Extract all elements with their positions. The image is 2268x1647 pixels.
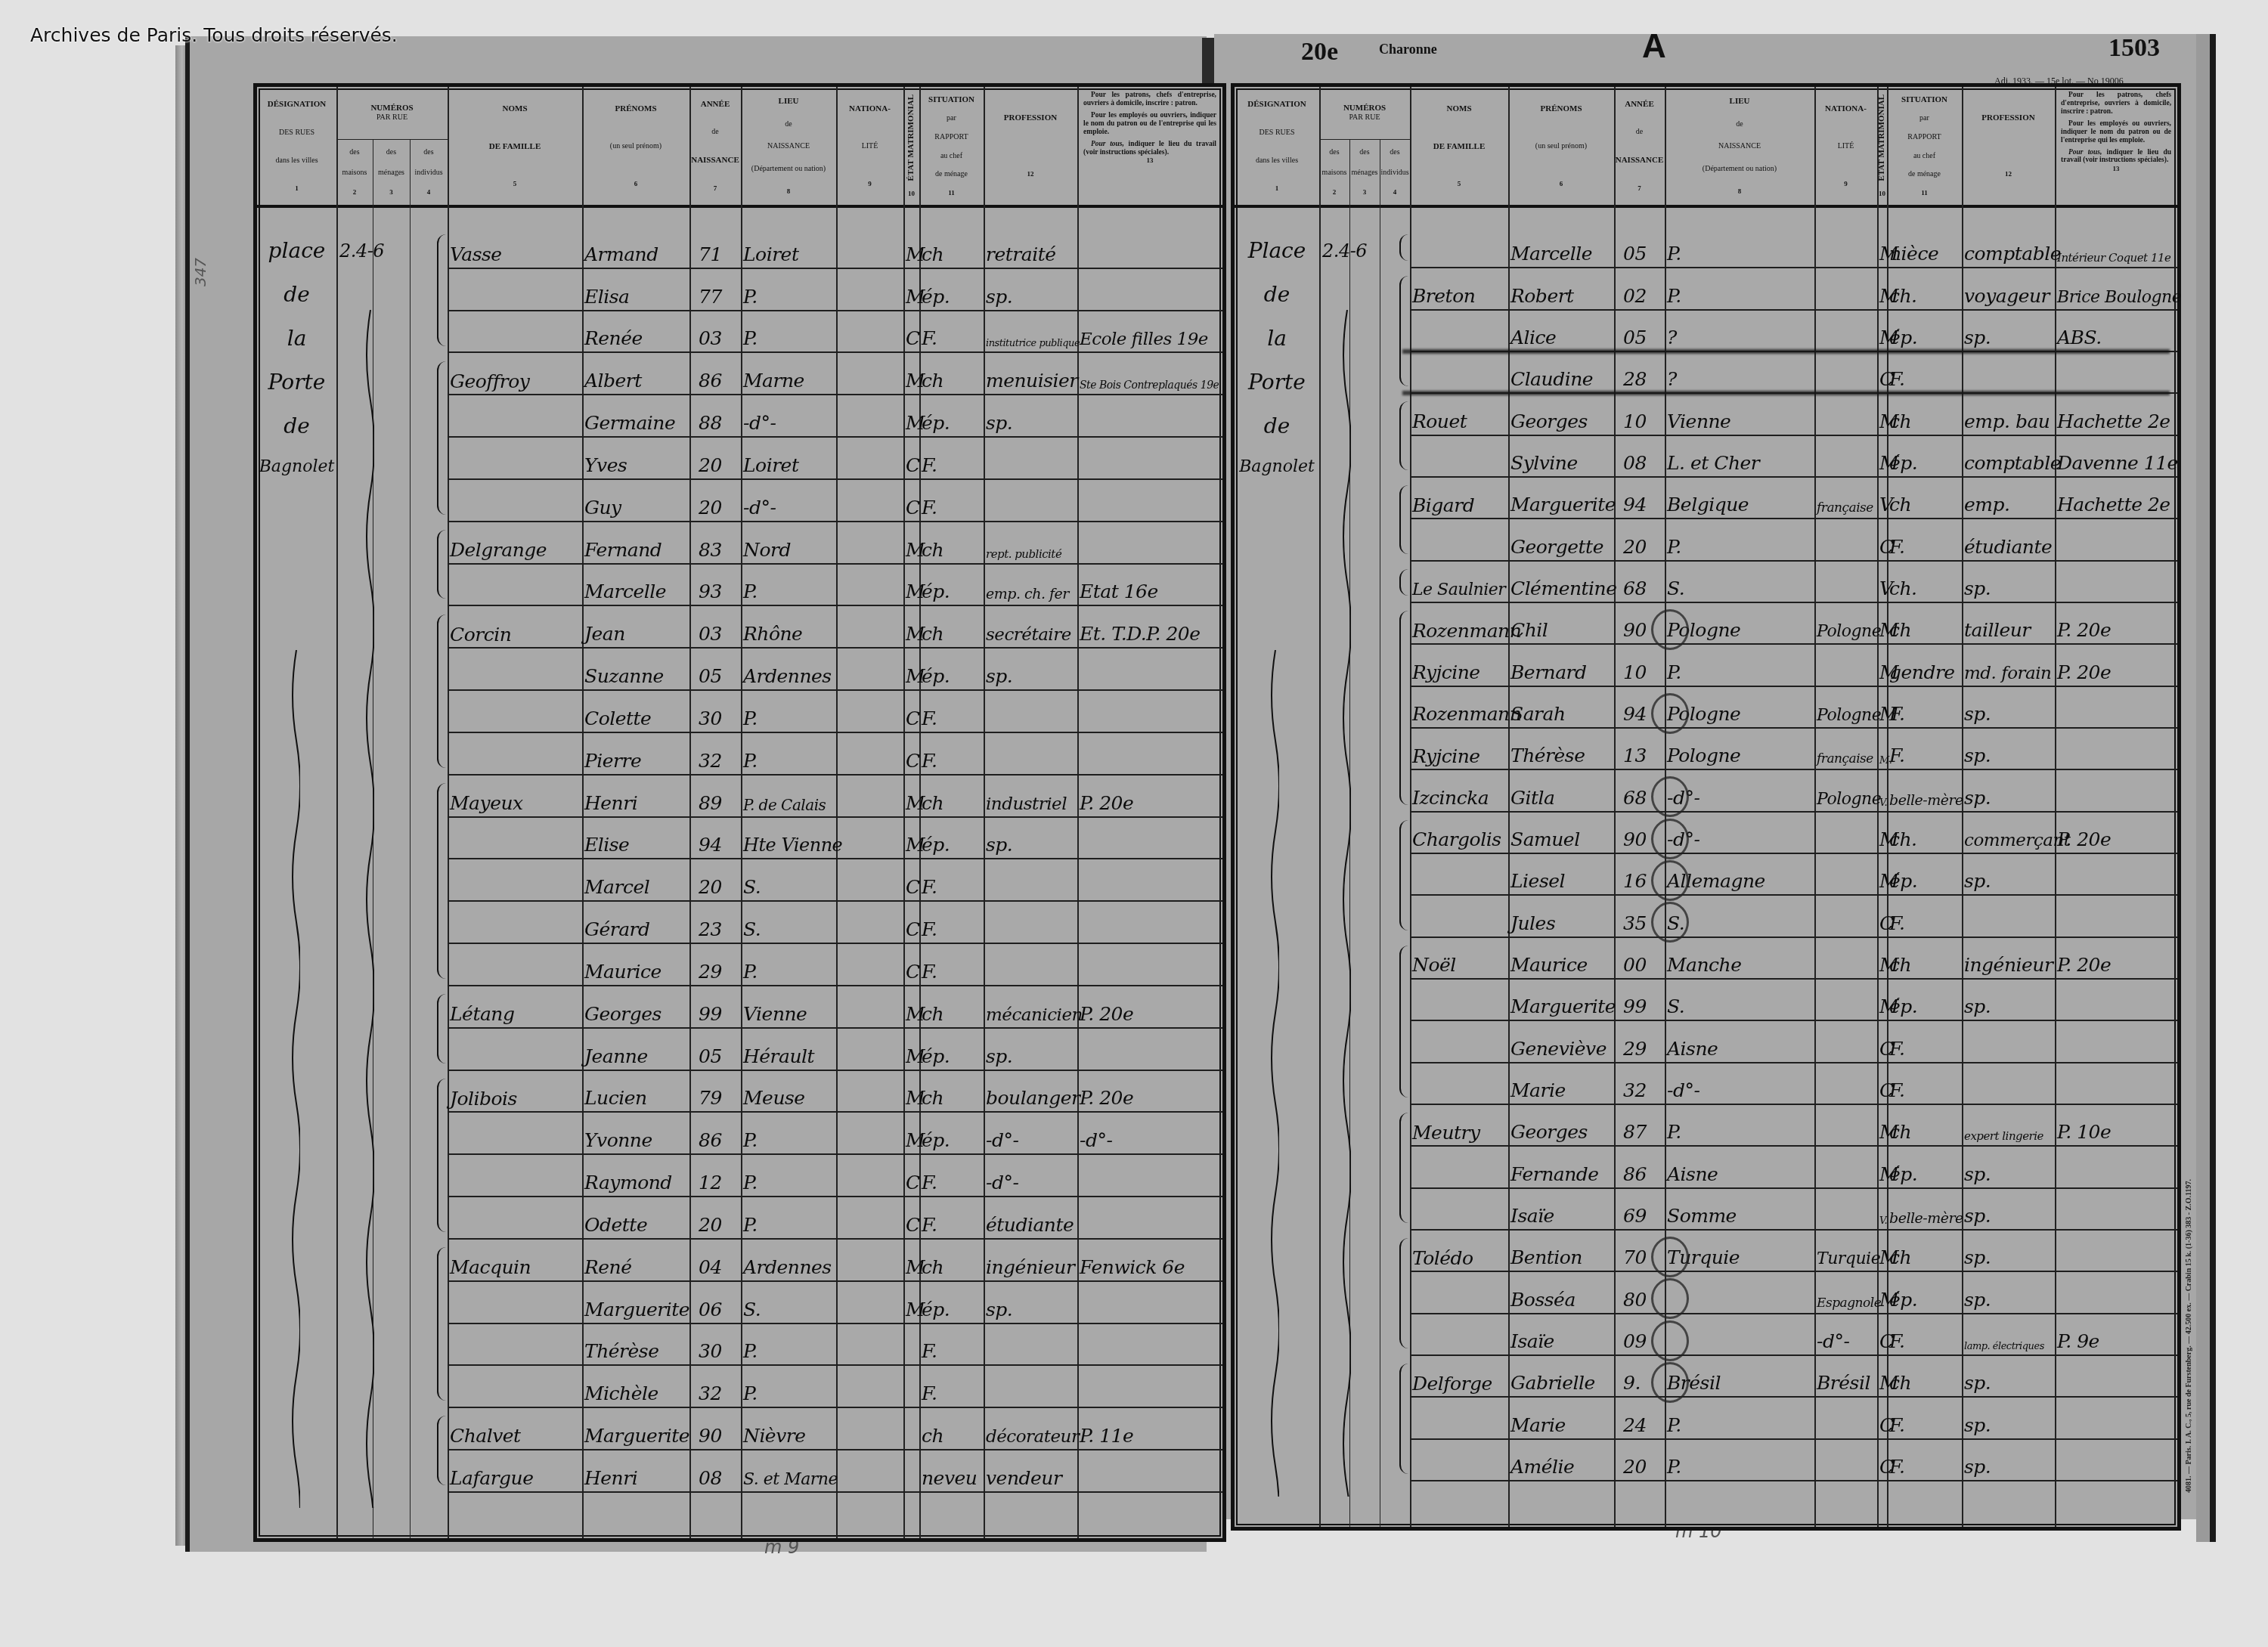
cell-annee: 02 <box>1623 285 1647 307</box>
column-number: 1 <box>1275 184 1279 192</box>
column-number: 10 <box>1879 190 1885 197</box>
cell-annee: 10 <box>1623 661 1647 683</box>
column-number: 7 <box>714 184 717 192</box>
cell-situation: ch <box>922 1425 943 1447</box>
cell-nom: Macquin <box>450 1256 531 1278</box>
ditto-wavy-line <box>285 650 300 1508</box>
column-number: 1 <box>295 184 299 192</box>
cell-nom: Jolibois <box>450 1088 517 1110</box>
table-row: DelforgeGabrielle9.BrésilBrésilMchsp. <box>1410 1356 2177 1398</box>
header-title: LIEU <box>779 97 799 107</box>
cell-annee: 94 <box>1623 703 1647 725</box>
cell-lieu-travail: P. 9e <box>2057 1330 2099 1352</box>
cell-situation: ch <box>1889 494 1911 515</box>
table-row: DelgrangeFernand83NordMchrept. publicité <box>448 522 1222 565</box>
cell-lieu: Pologne <box>1667 745 1740 766</box>
cell-annee: 20 <box>699 1214 722 1236</box>
household-brace <box>1399 820 1408 930</box>
table-row: Georgette20P.CF.étudiante <box>1410 519 2177 561</box>
cell-etat: C <box>906 327 920 349</box>
cell-profession: emp. bau <box>1964 410 2050 432</box>
column-header-8: LIEUdeNAISSANCE(Département ou nation)8 <box>741 87 836 205</box>
cell-prenom: Armand <box>584 243 658 265</box>
cell-prenom: Georges <box>1510 1121 1588 1143</box>
cell-situation: F. <box>922 707 937 729</box>
cell-annee: 05 <box>699 665 722 687</box>
street-name-line: la <box>1235 326 1319 351</box>
cell-situation: ch <box>1889 619 1911 641</box>
cell-etat: V. <box>1879 797 1887 809</box>
cell-annee: 94 <box>1623 494 1647 515</box>
cell-situation: F. <box>1889 1456 1904 1478</box>
column-number: 3 <box>1363 188 1367 196</box>
cell-lieu-travail: P. 20e <box>1080 1003 1133 1025</box>
header-title: ÉTAT MATRIMONIAL <box>1877 94 1887 181</box>
header-note-p1: Pour les patrons, chefs d'entreprise, ou… <box>2061 91 2171 116</box>
cell-annee: 20 <box>1623 1456 1647 1478</box>
column-header-7: ANNÉEdeNAISSANCE7 <box>1614 87 1665 205</box>
cell-profession: étudiante <box>1964 536 2052 558</box>
cell-annee: 24 <box>1623 1414 1647 1436</box>
cell-situation: F. <box>1889 703 1904 725</box>
table-row: Pierre32P.CF. <box>448 733 1222 776</box>
header-sub3: (Département ou nation) <box>1703 165 1777 174</box>
cell-profession: commerçant <box>1964 831 2071 850</box>
cell-prenom: Guy <box>584 497 621 519</box>
cell-lieu: S. et Marne <box>743 1470 838 1489</box>
cell-situation: ch <box>922 1256 943 1278</box>
cell-profession: rept. publicité <box>986 547 1061 561</box>
cell-lieu-travail: P. 11e <box>1080 1425 1133 1447</box>
column-divider <box>410 140 411 1538</box>
cell-lieu: -d°- <box>1667 1079 1699 1101</box>
cell-prenom: Isaïe <box>1510 1330 1554 1352</box>
cell-prenom: Sylvine <box>1510 452 1578 474</box>
cell-situation: F. <box>1889 1414 1904 1436</box>
register-letter: A <box>1642 28 1666 66</box>
cell-prenom: Marcelle <box>1510 243 1592 265</box>
cell-profession: institutrice publique <box>986 338 1080 349</box>
column-number: 10 <box>908 190 915 197</box>
cell-prenom: Yvonne <box>584 1129 652 1151</box>
cell-situation: ép. <box>922 412 950 434</box>
cell-profession: sp. <box>986 1045 1012 1067</box>
cell-lieu: -d°- <box>743 412 776 434</box>
table-row: Geneviève29AisneCF. <box>1410 1021 2177 1063</box>
cell-annee: 13 <box>1623 745 1647 766</box>
table-row: JoliboisLucien79MeuseMchboulangerP. 20e <box>448 1071 1222 1113</box>
cell-lieu: Vienne <box>1667 410 1730 432</box>
cell-prenom: Yves <box>584 454 627 476</box>
cell-lieu: P. <box>1667 1121 1681 1143</box>
cell-profession: sp. <box>1964 1246 1991 1268</box>
header-title: des <box>386 148 396 157</box>
copyright-watermark: Archives de Paris. Tous droits réservés. <box>30 24 398 46</box>
cell-profession: ingénieur <box>1964 954 2053 976</box>
table-row: ChalvetMarguerite90NièvrechdécorateurP. … <box>448 1408 1222 1450</box>
cell-lieu: Aisne <box>1667 1038 1718 1060</box>
header-sub1: (un seul prénom) <box>610 142 661 151</box>
cell-lieu-travail: ABS. <box>2057 327 2102 348</box>
house-numbers: 2.4-6 <box>339 240 384 262</box>
cell-annee: 16 <box>1623 870 1647 892</box>
column-number: 12 <box>1027 170 1034 178</box>
cell-annee: 90 <box>699 1425 722 1447</box>
cell-prenom: Marguerite <box>584 1299 689 1320</box>
cell-situation: ch <box>922 243 943 265</box>
cell-lieu: S. <box>1667 995 1684 1017</box>
household-brace <box>1399 1238 1408 1348</box>
cell-situation: F. <box>922 750 937 772</box>
cell-prenom: Robert <box>1510 285 1574 307</box>
cell-situation: ch. <box>1889 828 1917 850</box>
table-row: Marie32-d°-CF. <box>1410 1063 2177 1105</box>
cell-prenom: Marie <box>1510 1414 1566 1436</box>
cell-prenom: Marie <box>1510 1079 1566 1101</box>
cell-prenom: Bernard <box>1510 661 1587 683</box>
cell-nat: -d°- <box>1817 1330 1849 1352</box>
cell-nom: Vasse <box>450 243 502 265</box>
cell-prenom: Colette <box>584 707 651 729</box>
header-sub3: au chef <box>940 152 962 161</box>
cell-profession: industriel <box>986 794 1067 814</box>
header-title: NATIONA- <box>849 104 891 114</box>
cell-situation: ch <box>922 1087 943 1109</box>
table-row: LafargueHenri08S. et Marneneveuvendeur <box>448 1450 1222 1493</box>
cell-lieu: P. <box>743 961 758 983</box>
column-number: 11 <box>948 189 955 197</box>
column-header-3: desménages3 <box>1349 140 1380 205</box>
cell-lieu: P. <box>743 580 758 602</box>
cell-profession: sp. <box>1964 1456 1991 1478</box>
cell-profession: vendeur <box>986 1467 1061 1489</box>
column-header-1: DÉSIGNATIONDES RUESdans les villes1 <box>1235 87 1319 205</box>
header-title: PROFESSION <box>1981 113 2034 123</box>
household-brace <box>1399 276 1408 386</box>
street-name-line: de <box>257 282 336 307</box>
cell-nom: Rouet <box>1412 410 1467 432</box>
circle-mark <box>1651 1362 1689 1403</box>
cell-prenom: Geneviève <box>1510 1038 1606 1060</box>
header-sub1: de <box>711 128 718 137</box>
cell-annee: 88 <box>699 412 722 434</box>
household-brace <box>1399 946 1408 1097</box>
cell-situation: F. <box>1889 536 1904 558</box>
cell-prenom: Thérèse <box>584 1340 658 1362</box>
household-brace <box>1399 611 1408 805</box>
cell-lieu: Marne <box>743 370 804 392</box>
cell-prenom: Bention <box>1510 1246 1582 1268</box>
table-row: Amélie20P.CF.sp. <box>1410 1440 2177 1481</box>
cell-annee: 30 <box>699 707 722 729</box>
cell-profession: sp. <box>1964 703 1991 725</box>
cell-situation: ch <box>1889 1246 1911 1268</box>
cell-situation: F. <box>922 1214 937 1236</box>
household-brace <box>1399 401 1408 470</box>
cell-annee: 32 <box>699 750 722 772</box>
cell-prenom: Elise <box>584 834 629 856</box>
cell-annee: 29 <box>1623 1038 1647 1060</box>
cell-annee: 86 <box>699 1129 722 1151</box>
table-row: MayeuxHenri89P. de CalaisMchindustrielP.… <box>448 776 1222 818</box>
cell-lieu: Meuse <box>743 1087 805 1109</box>
cell-lieu-travail: Brice Boulogne <box>2057 288 2181 307</box>
ditto-wavy-line <box>359 310 374 1508</box>
cell-lieu: Aisne <box>1667 1163 1718 1185</box>
cell-lieu: S. <box>743 876 761 898</box>
cell-lieu: Hte Vienne <box>743 834 842 856</box>
cell-prenom: Gabrielle <box>1510 1372 1595 1394</box>
header-title: PROFESSION <box>1004 113 1057 123</box>
header-sub2: NAISSANCE <box>691 156 739 166</box>
header-sub1: (un seul prénom) <box>1535 142 1587 151</box>
cell-lieu: P. <box>743 750 758 772</box>
cell-lieu: S. <box>743 918 761 940</box>
cell-nom: Tolédo <box>1412 1247 1473 1269</box>
table-row: NoëlMaurice00MancheMchingénieurP. 20e <box>1410 938 2177 980</box>
quartier: Charonne <box>1379 42 1437 57</box>
cell-annee: 90 <box>1623 828 1647 850</box>
cell-situation: ch <box>1889 1372 1911 1394</box>
street-name-line: de <box>1235 282 1319 307</box>
cell-situation: ép. <box>1889 452 1917 474</box>
cell-profession: sp. <box>1964 870 1991 892</box>
cell-nat: Turquie <box>1817 1249 1880 1268</box>
cell-annee: 77 <box>699 286 722 308</box>
strikethrough-line <box>1402 391 2170 395</box>
cell-nom: Izcincka <box>1412 787 1489 809</box>
street-name-line: Place <box>1235 238 1319 263</box>
cell-situation: ép. <box>922 834 950 856</box>
header-note-p1: Pour les patrons, chefs d'entreprise, ou… <box>1083 91 1216 108</box>
street-name-line: Bagnolet <box>1235 457 1319 476</box>
header-note-p3: Pour tous, indiquer le lieu du travail (… <box>2061 149 2171 166</box>
cell-annee: 03 <box>699 623 722 645</box>
header-sub2: dans les villes <box>1256 156 1298 166</box>
cell-annee: 09 <box>1623 1330 1647 1352</box>
column-header-13: Pour les patrons, chefs d'entreprise, ou… <box>1077 87 1222 205</box>
column-header-8: LIEUdeNAISSANCE(Département ou nation)8 <box>1665 87 1814 205</box>
cell-lieu: Ardennes <box>743 1256 832 1278</box>
cell-lieu: Nord <box>743 539 791 561</box>
table-row: LétangGeorges99VienneMchmécanicienP. 20e <box>448 986 1222 1029</box>
cell-annee: 23 <box>699 918 722 940</box>
cell-profession: décorateur <box>986 1427 1079 1447</box>
cell-situation: belle-mère <box>1889 1210 1963 1227</box>
cell-prenom: Amélie <box>1510 1456 1574 1478</box>
cell-lieu-travail: P. 20e <box>2057 828 2111 850</box>
column-header-2: desmaisons2 <box>336 140 373 205</box>
header-sub1: individus <box>414 169 442 178</box>
cell-etat: C <box>906 454 920 476</box>
column-header-3: desménages3 <box>373 140 410 205</box>
cell-prenom: Liesel <box>1510 870 1565 892</box>
cell-lieu: P. <box>1667 243 1681 265</box>
cell-etat: C <box>906 750 920 772</box>
cell-situation: ép. <box>1889 1163 1917 1185</box>
cell-lieu: P. <box>743 1382 758 1404</box>
cell-situation: F. <box>1889 1079 1904 1101</box>
household-brace <box>437 234 446 346</box>
header-sub1: de <box>1636 128 1643 137</box>
street-name-line: Porte <box>257 370 336 395</box>
column-number: 2 <box>1333 188 1337 196</box>
table-row: Gérard23S.CF. <box>448 902 1222 944</box>
circle-mark <box>1651 860 1689 901</box>
cell-prenom: Henri <box>584 792 637 814</box>
cell-etat: C <box>906 918 920 940</box>
cell-prenom: Marcel <box>584 876 649 898</box>
strikethrough-line <box>1402 349 2170 354</box>
cell-lieu-travail: Intérieur Coquet 11e <box>2057 251 2170 265</box>
table-row: Renée03P.CF.institutrice publiqueEcole f… <box>448 311 1222 354</box>
column-header-2: desmaisons2 <box>1319 140 1349 205</box>
header-note-p3: Pour tous, indiquer le lieu du travail (… <box>1083 141 1216 157</box>
street-name-line: Porte <box>1235 370 1319 395</box>
cell-lieu: P. <box>743 1172 758 1193</box>
cell-prenom: Germaine <box>584 412 675 434</box>
cell-lieu: Loiret <box>743 243 798 265</box>
circle-mark <box>1651 609 1689 650</box>
cell-lieu-travail: Davenne 11e <box>2057 452 2178 474</box>
cell-nom: Ryjcine <box>1412 745 1480 767</box>
household-brace <box>437 530 446 599</box>
cell-nom: Chargolis <box>1412 828 1501 850</box>
column-number: 13 <box>2113 165 2120 172</box>
cell-situation: ch <box>922 1003 943 1025</box>
cell-lieu-travail: Hachette 2e <box>2057 494 2170 515</box>
cell-annee: 79 <box>699 1087 722 1109</box>
header-sub2: NAISSANCE <box>1616 156 1664 166</box>
cell-annee: 93 <box>699 580 722 602</box>
cell-lieu: S. <box>743 1299 761 1320</box>
table-row: GeoffroyAlbert86MarneMchmenuisierSte Boi… <box>448 354 1222 396</box>
cell-annee: 10 <box>1623 410 1647 432</box>
cell-nom: Meutry <box>1412 1122 1480 1144</box>
header-title: SITUATION <box>1901 95 1947 105</box>
column-number: 5 <box>1458 180 1461 187</box>
header-sub2: RAPPORT <box>934 133 968 142</box>
cell-profession: sp. <box>1964 745 1991 766</box>
cell-etat: C <box>906 961 920 983</box>
cell-annee: 35 <box>1623 912 1647 934</box>
cell-profession: ingénieur <box>986 1256 1074 1278</box>
cell-situation: F. <box>1889 1330 1904 1352</box>
cell-lieu: P. <box>1667 661 1681 683</box>
cell-profession: sp. <box>1964 1372 1991 1394</box>
cell-annee: 20 <box>699 454 722 476</box>
group-subtitle: PAR RUE <box>376 113 407 122</box>
circle-mark <box>1651 902 1689 943</box>
header-sub1: ménages <box>1352 169 1378 178</box>
cell-annee: 08 <box>1623 452 1647 474</box>
header-title: des <box>1359 148 1369 157</box>
cell-prenom: Clémentine <box>1510 577 1616 599</box>
cell-lieu: -d°- <box>743 497 776 519</box>
cell-prenom: Fernand <box>584 539 661 561</box>
table-row: Elise94Hte VienneMép.sp. <box>448 818 1222 860</box>
cell-prenom: Maurice <box>584 961 661 983</box>
cell-annee: 20 <box>1623 536 1647 558</box>
header-sub4: de ménage <box>1908 170 1941 179</box>
cell-situation: ch. <box>1889 577 1917 599</box>
table-row: Thérèse30P.F. <box>448 1324 1222 1367</box>
cell-nom: Geoffroy <box>450 370 529 392</box>
circle-mark <box>1651 1320 1689 1361</box>
cell-lieu: ? <box>1667 327 1677 348</box>
cell-annee: 04 <box>699 1256 722 1278</box>
cell-situation: ép. <box>922 1299 950 1320</box>
header-sub2: dans les villes <box>275 156 318 166</box>
table-row: Marguerite99S.Mép.sp. <box>1410 980 2177 1021</box>
cell-situation: ch <box>922 623 943 645</box>
table-row: Marcelle93P.Mép.emp. ch. ferEtat 16e <box>448 565 1222 607</box>
cell-etat: C <box>906 497 920 519</box>
cell-situation: F. <box>922 454 937 476</box>
cell-lieu: Ardennes <box>743 665 832 687</box>
header-sub1: par <box>1919 114 1929 123</box>
cell-nom: Delgrange <box>450 539 547 561</box>
cell-lieu: P. de Calais <box>743 796 826 814</box>
cell-prenom: Georges <box>584 1003 661 1025</box>
header-title: des <box>1390 148 1399 157</box>
table-row: BigardMarguerite94BelgiquefrançaiseVchem… <box>1410 478 2177 519</box>
cell-profession: menuisier <box>986 370 1078 392</box>
cell-lieu: Vienne <box>743 1003 807 1025</box>
cell-annee: 05 <box>699 1045 722 1067</box>
margin-note-left-edge: 347 <box>191 258 209 286</box>
cell-lieu-travail: P. 20e <box>2057 954 2111 976</box>
column-header-9: NATIONA-LITÉ9 <box>836 87 903 205</box>
header-title: DÉSIGNATION <box>268 100 326 110</box>
cell-situation: ép. <box>922 1129 950 1151</box>
cell-prenom: Claudine <box>1510 368 1593 390</box>
column-number: 12 <box>2005 170 2012 178</box>
cell-situation: ch <box>1889 410 1911 432</box>
cell-prenom: Henri <box>584 1467 637 1489</box>
column-number: 7 <box>1637 184 1641 192</box>
cell-situation: ép. <box>922 286 950 308</box>
cell-situation: ch <box>922 539 943 561</box>
table-row: RyjcineThérèse13PolognefrançaiseM.F.sp. <box>1410 729 2177 770</box>
household-brace <box>1399 1364 1408 1474</box>
table-row: MacquinRené04ArdennesMchingénieurFenwick… <box>448 1240 1222 1282</box>
column-header-4: desindividus4 <box>1380 140 1410 205</box>
cell-annee: 03 <box>699 327 722 349</box>
cell-prenom: Bosséa <box>1510 1289 1576 1311</box>
table-row: Jeanne05HéraultMép.sp. <box>448 1029 1222 1071</box>
cell-prenom: Georges <box>1510 410 1588 432</box>
household-brace <box>437 615 446 768</box>
cell-profession: sp. <box>986 834 1012 856</box>
header-sub1: maisons <box>1322 169 1347 178</box>
cell-lieu-travail: P. 20e <box>1080 792 1133 814</box>
header-sub1: DES RUES <box>279 128 314 138</box>
cell-profession: sp. <box>1964 1205 1991 1227</box>
column-number: 6 <box>634 180 638 187</box>
table-row: Bosséa80EspagnoleMép.sp. <box>1410 1272 2177 1314</box>
column-header-13: Pour les patrons, chefs d'entreprise, ou… <box>2055 87 2177 205</box>
header-sub1: par <box>947 114 956 123</box>
table-row: Suzanne05ArdennesMép.sp. <box>448 649 1222 691</box>
cell-annee: 87 <box>1623 1121 1647 1143</box>
printer-side-note: 4081. — Paris. I. A. C., 5, rue de Furst… <box>2185 1130 2193 1493</box>
cell-annee: 00 <box>1623 954 1647 976</box>
cell-prenom: Gérard <box>584 918 650 940</box>
column-header-12: PROFESSION12 <box>1962 87 2055 205</box>
table-row: RozenmannChil90PolognePologneMchtailleur… <box>1410 603 2177 645</box>
cell-annee: 08 <box>699 1467 722 1489</box>
